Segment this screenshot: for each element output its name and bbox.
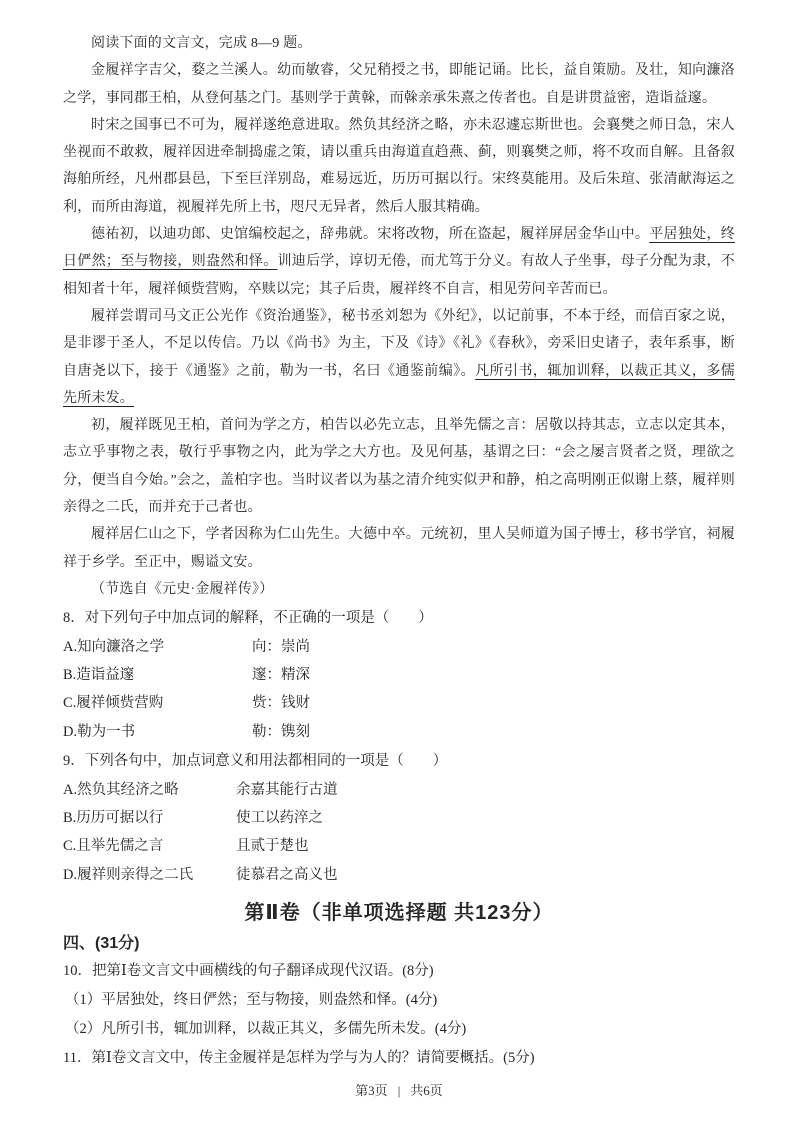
question-9-option-a: A.然负其经济之略余嘉其能行古道 [63, 776, 735, 804]
passage-paragraph-3: 德祐初，以迪功郎、史馆编校起之，辞弗就。宋将改物，所在盗起，履祥屏居金华山中。平… [63, 221, 735, 303]
questions-10-11: 10．把第Ⅰ卷文言文中画横线的句子翻译成现代汉语。(8分) （1）平居独处，终日… [63, 957, 735, 1073]
option-phrase: D.勒为一书 [63, 718, 252, 746]
section-2-title: 第Ⅱ卷（非单项选择题 共123分） [63, 896, 735, 925]
question-9-stem: 9．下列各句中，加点词意义和用法都相同的一项是（ ） [63, 747, 735, 775]
question-9-option-d: D.履祥则亲得之二氏徒慕君之高义也 [63, 861, 735, 889]
question-10-stem: 10．把第Ⅰ卷文言文中画横线的句子翻译成现代汉语。(8分) [63, 957, 735, 986]
question-8-option-c: C.履祥倾赀营购赀：钱财 [63, 689, 735, 717]
question-9-option-b: B.历历可据以行使工以药淬之 [63, 804, 735, 832]
passage-text: 德祐初，以迪功郎、史馆编校起之，辞弗就。宋将改物，所在盗起，履祥屏居金华山中。 [91, 227, 649, 242]
question-8-stem: 8．对下列句子中加点词的解释，不正确的一项是（ ） [63, 604, 735, 632]
part-4-title: 四、(31分) [63, 930, 735, 953]
exam-page: 阅读下面的文言文，完成 8—9 题。 金履祥字吉父，婺之兰溪人。幼而敏睿，父兄稍… [0, 0, 793, 1122]
question-9-option-c: C.且举先儒之言且贰于楚也 [63, 832, 735, 860]
passage-paragraph-4: 履祥尝谓司马文正公光作《资治通鉴》，秘书丞刘恕为《外纪》，以记前事，不本于经，而… [63, 303, 735, 412]
passage-intro-text: 阅读下面的文言文，完成 8—9 题。 [91, 36, 312, 51]
question-10-item-1: （1）平居独处，终日俨然；至与物接，则盎然和怿。(4分) [63, 986, 735, 1015]
option-sentence: B.历历可据以行 [63, 804, 236, 832]
classical-passage: 阅读下面的文言文，完成 8—9 题。 金履祥字吉父，婺之兰溪人。幼而敏睿，父兄稍… [63, 30, 735, 603]
passage-paragraph-5: 初，履祥既见王柏，首问为学之方，柏告以必先立志，且举先儒之言：居敬以持其志，立志… [63, 412, 735, 521]
question-8-option-a: A.知向濂洛之学向：崇尚 [63, 633, 735, 661]
page-number-current: 第3页 [355, 1083, 388, 1098]
passage-paragraph-2: 时宋之国事已不可为，履祥遂绝意进取。然负其经济之略，亦未忍遽忘斯世也。会襄樊之师… [63, 112, 735, 221]
passage-text: 时宋之国事已不可为，履祥遂绝意进取。然负其经济之略，亦未忍遽忘斯世也。会襄樊之师… [63, 118, 735, 215]
question-8-option-d: D.勒为一书勒：镌刻 [63, 718, 735, 746]
option-gloss: 赀：钱财 [252, 695, 310, 711]
option-sentence: 余嘉其能行古道 [236, 782, 338, 798]
option-sentence: A.然负其经济之略 [63, 776, 236, 804]
question-9: 9．下列各句中，加点词意义和用法都相同的一项是（ ） A.然负其经济之略余嘉其能… [63, 747, 735, 889]
option-sentence: 徒慕君之高义也 [236, 867, 338, 883]
passage-paragraph-1: 金履祥字吉父，婺之兰溪人。幼而敏睿，父兄稍授之书，即能记诵。比长，益自策励。及壮… [63, 57, 735, 112]
passage-text: 履祥居仁山之下，学者因称为仁山先生。大德中卒。元统初，里人吴师道为国子博士，移书… [63, 527, 735, 569]
option-sentence: C.且举先儒之言 [63, 832, 236, 860]
passage-intro: 阅读下面的文言文，完成 8—9 题。 [63, 30, 735, 57]
option-phrase: B.造诣益邃 [63, 661, 252, 689]
option-gloss: 邃：精深 [252, 667, 310, 683]
question-11-stem: 11．第Ⅰ卷文言文中，传主金履祥是怎样为学与为人的？请简要概括。(5分) [63, 1044, 735, 1073]
option-sentence: 且贰于楚也 [236, 838, 309, 854]
passage-source-text: （节选自《元史·金履祥传》） [91, 582, 273, 597]
option-gloss: 勒：镌刻 [252, 724, 310, 740]
option-gloss: 向：崇尚 [252, 639, 310, 655]
option-phrase: C.履祥倾赀营购 [63, 689, 252, 717]
question-10-item-2: （2）凡所引书，辄加训释，以裁正其义，多儒先所未发。(4分) [63, 1015, 735, 1044]
question-8-option-b: B.造诣益邃邃：精深 [63, 661, 735, 689]
passage-paragraph-6: 履祥居仁山之下，学者因称为仁山先生。大德中卒。元统初，里人吴师道为国子博士，移书… [63, 521, 735, 576]
option-sentence: D.履祥则亲得之二氏 [63, 861, 236, 889]
passage-text: 初，履祥既见王柏，首问为学之方，柏告以必先立志，且举先儒之言：居敬以持其志，立志… [63, 418, 735, 515]
question-8: 8．对下列句子中加点词的解释，不正确的一项是（ ） A.知向濂洛之学向：崇尚 B… [63, 604, 735, 746]
option-sentence: 使工以药淬之 [236, 810, 323, 826]
footer-separator: | [398, 1083, 401, 1098]
passage-source: （节选自《元史·金履祥传》） [63, 576, 735, 603]
passage-text: 金履祥字吉父，婺之兰溪人。幼而敏睿，父兄稍授之书，即能记诵。比长，益自策励。及壮… [63, 63, 735, 105]
option-phrase: A.知向濂洛之学 [63, 633, 252, 661]
page-footer: 第3页|共6页 [63, 1080, 735, 1099]
page-number-total: 共6页 [410, 1083, 443, 1098]
